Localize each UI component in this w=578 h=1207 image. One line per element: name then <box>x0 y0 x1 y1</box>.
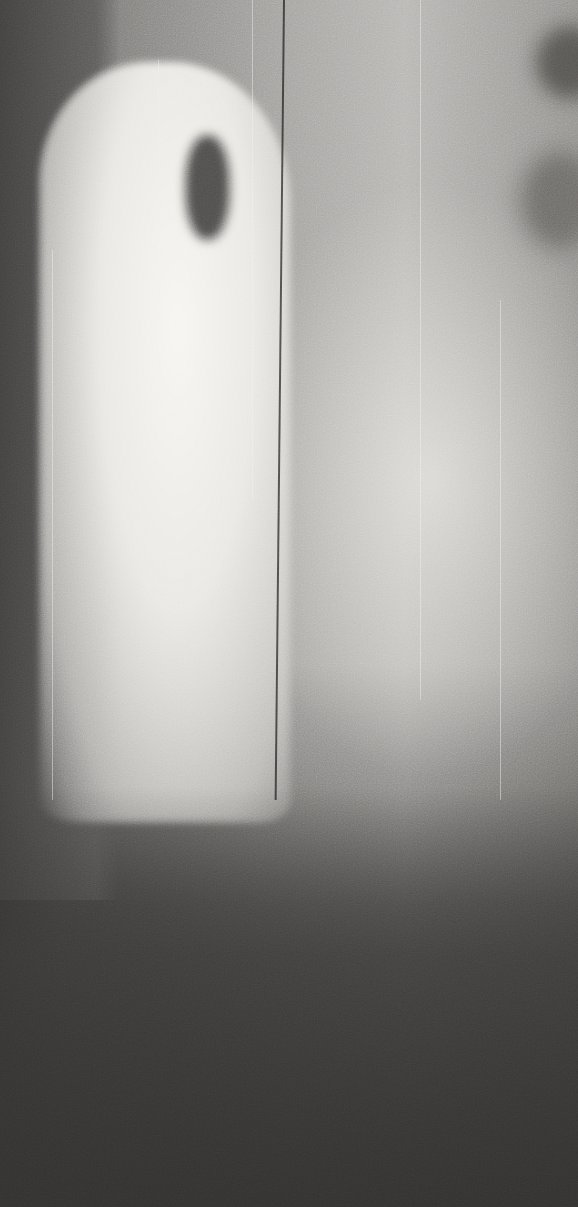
film-grain <box>0 0 578 1207</box>
ghost-photograph <box>0 0 578 1207</box>
